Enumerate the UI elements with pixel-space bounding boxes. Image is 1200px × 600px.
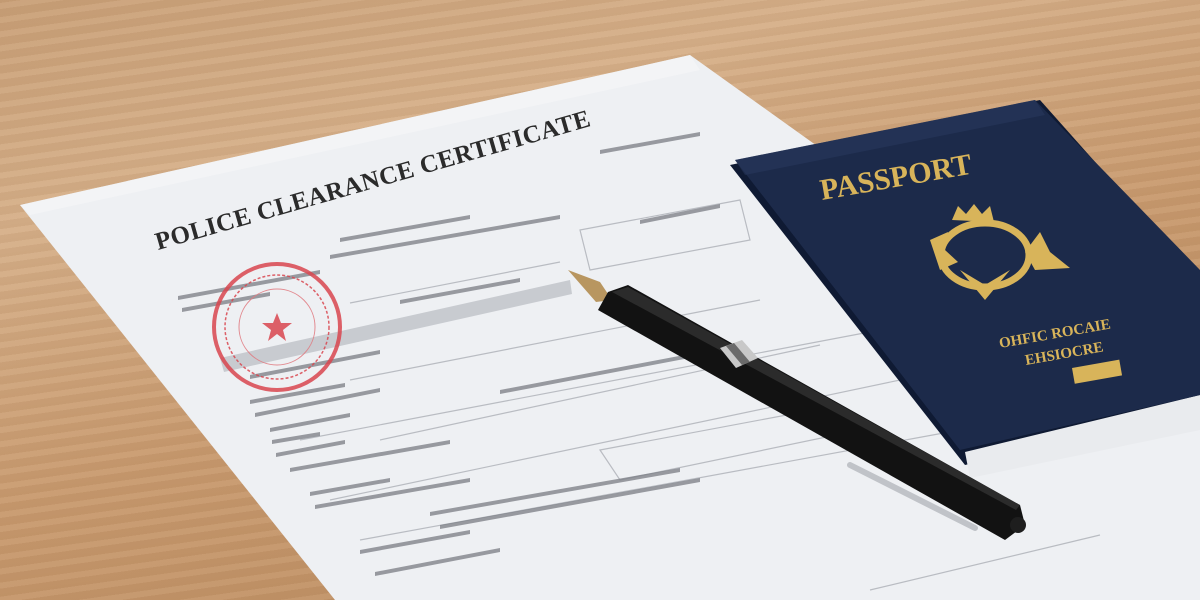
scene: POLICE CLEARANCE CERTIFICATE PASSPORT OH… xyxy=(0,0,1200,600)
